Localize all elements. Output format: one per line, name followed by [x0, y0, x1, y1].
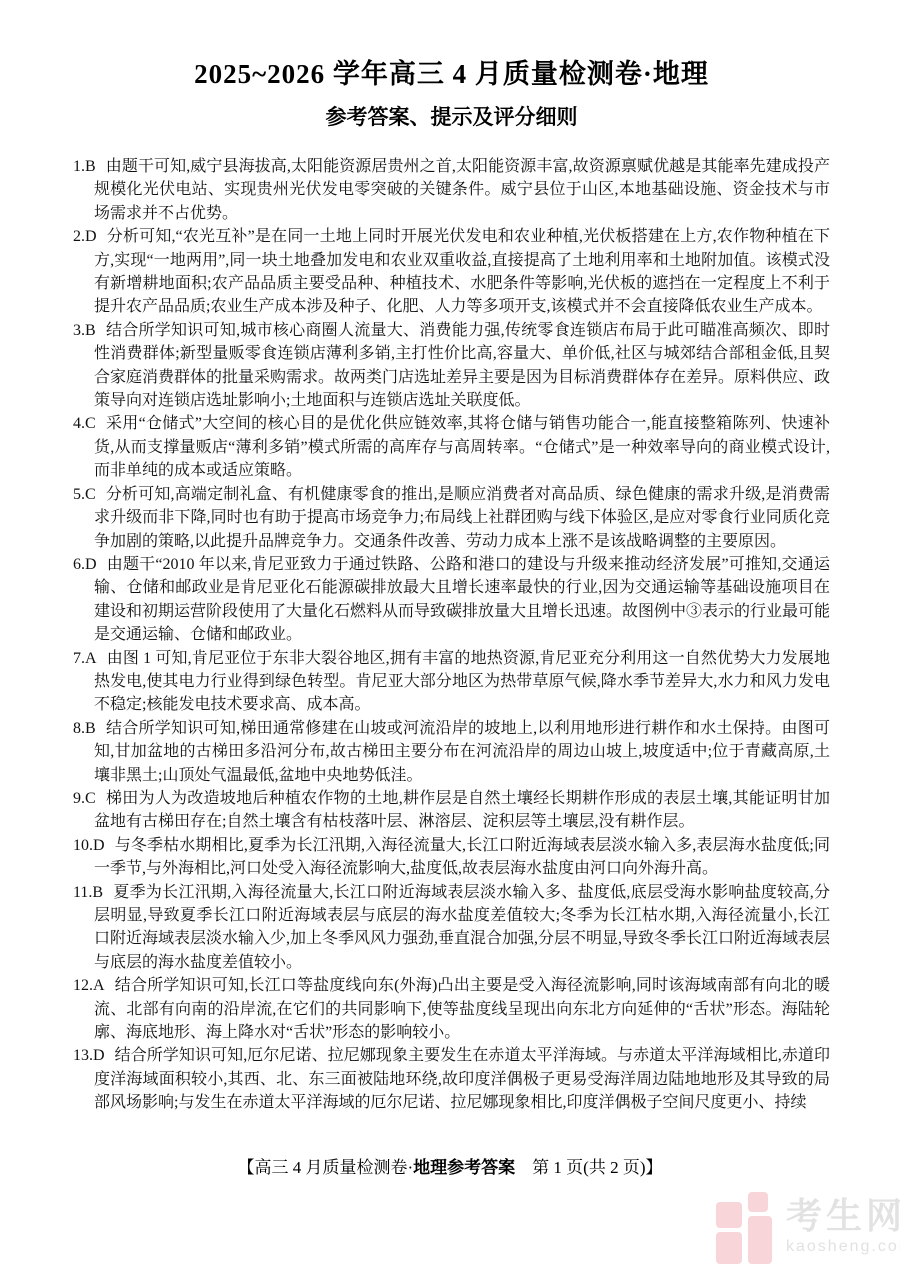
watermark-text: 考生网 kaosheng.com: [786, 1198, 900, 1255]
answer-item-10: 10.D与冬季枯水期相比,夏季为长江汛期,入海径流量大,长江口附近海域表层淡水输…: [73, 834, 830, 881]
answer-item-7: 7.A由图 1 可知,肯尼亚位于东非大裂谷地区,拥有丰富的地热资源,肯尼亚充分利…: [73, 647, 830, 717]
answer-label: 3.B: [73, 322, 106, 339]
answer-text: 采用“仓储式”大空间的核心目的是优化供应链效率,其将仓储与销售功能合一,能直接整…: [94, 415, 830, 479]
answer-text: 结合所学知识可知,梯田通常修建在山坡或河流沿岸的坡地上,以利用地形进行耕作和水土…: [94, 720, 830, 784]
page-title: 2025~2026 学年高三 4 月质量检测卷·地理: [73, 52, 830, 91]
page-subtitle: 参考答案、提示及评分细则: [73, 101, 830, 131]
answer-text: 由图 1 可知,肯尼亚位于东非大裂谷地区,拥有丰富的地热资源,肯尼亚充分利用这一…: [94, 650, 830, 714]
footer-prefix: 【高三 4 月质量检测卷·: [238, 1158, 414, 1177]
watermark-site-name: 考生网: [786, 1198, 900, 1234]
answer-item-13: 13.D结合所学知识可知,厄尔尼诺、拉尼娜现象主要发生在赤道太平洋海域。与赤道太…: [73, 1044, 830, 1114]
answer-text: 夏季为长江汛期,入海径流量大,长江口附近海域表层淡水输入多、盐度低,底层受海水影…: [94, 884, 830, 971]
answer-text: 与冬季枯水期相比,夏季为长江汛期,入海径流量大,长江口附近海域表层淡水输入多,表…: [94, 837, 830, 877]
answer-item-4: 4.C采用“仓储式”大空间的核心目的是优化供应链效率,其将仓储与销售功能合一,能…: [73, 412, 830, 482]
page-footer: 【高三 4 月质量检测卷·地理参考答案 第 1 页(共 2 页)】: [0, 1153, 900, 1178]
answer-label: 6.D: [73, 556, 107, 573]
kaosheng-watermark: 考生网 kaosheng.com: [716, 1192, 891, 1267]
answer-text: 分析可知,高端定制礼盒、有机健康零食的推出,是顺应消费者对高品质、绿色健康的需求…: [94, 486, 830, 550]
answer-item-5: 5.C分析可知,高端定制礼盒、有机健康零食的推出,是顺应消费者对高品质、绿色健康…: [73, 483, 830, 553]
answer-text: 分析可知,“农光互补”是在同一土地上同时开展光伏发电和农业种植,光伏板搭建在上方…: [94, 228, 830, 315]
answer-text: 结合所学知识可知,长江口等盐度线向东(外海)凸出主要是受入海径流影响,同时该海域…: [94, 977, 830, 1041]
answer-label: 8.B: [73, 720, 106, 737]
page-content: 2025~2026 学年高三 4 月质量检测卷·地理 参考答案、提示及评分细则 …: [0, 0, 900, 1115]
footer-subject: 地理参考答案: [413, 1158, 515, 1177]
answer-text: 由题干可知,威宁县海拔高,太阳能资源居贵州之首,太阳能资源丰富,故资源禀赋优越是…: [94, 158, 830, 222]
answer-item-8: 8.B结合所学知识可知,梯田通常修建在山坡或河流沿岸的坡地上,以利用地形进行耕作…: [73, 717, 830, 787]
answer-text: 梯田为人为改造坡地后种植农作物的土地,耕作层是自然土壤经长期耕作形成的表层土壤,…: [94, 790, 830, 830]
answer-label: 4.C: [73, 415, 106, 432]
answer-item-9: 9.C梯田为人为改造坡地后种植农作物的土地,耕作层是自然土壤经长期耕作形成的表层…: [73, 787, 830, 834]
answer-label: 13.D: [73, 1047, 115, 1064]
answer-item-6: 6.D由题干“2010 年以来,肯尼亚致力于通过铁路、公路和港口的建设与升级来推…: [73, 553, 830, 647]
answer-sheet-page: 2025~2026 学年高三 4 月质量检测卷·地理 参考答案、提示及评分细则 …: [0, 0, 900, 1273]
answer-label: 7.A: [73, 650, 107, 667]
answer-item-3: 3.B结合所学知识可知,城市核心商圈人流量大、消费能力强,传统零食连锁店布局于此…: [73, 319, 830, 413]
watermark-site-domain: kaosheng.com: [786, 1239, 900, 1255]
answer-text: 由题干“2010 年以来,肯尼亚致力于通过铁路、公路和港口的建设与升级来推动经济…: [94, 556, 830, 643]
answer-text: 结合所学知识可知,城市核心商圈人流量大、消费能力强,传统零食连锁店布局于此可瞄准…: [94, 322, 830, 409]
answer-item-12: 12.A结合所学知识可知,长江口等盐度线向东(外海)凸出主要是受入海径流影响,同…: [73, 974, 830, 1044]
answer-label: 5.C: [73, 486, 106, 503]
answer-label: 12.A: [73, 977, 115, 994]
answer-label: 9.C: [73, 790, 106, 807]
answer-label: 10.D: [73, 837, 115, 854]
answer-label: 1.B: [73, 158, 106, 175]
answer-item-11: 11.B夏季为长江汛期,入海径流量大,长江口附近海域表层淡水输入多、盐度低,底层…: [73, 881, 830, 975]
footer-page-number: 第 1 页(共 2 页)】: [515, 1158, 662, 1177]
answer-text: 结合所学知识可知,厄尔尼诺、拉尼娜现象主要发生在赤道太平洋海域。与赤道太平洋海域…: [94, 1047, 830, 1111]
answer-label: 11.B: [73, 884, 113, 901]
answer-item-2: 2.D分析可知,“农光互补”是在同一土地上同时开展光伏发电和农业种植,光伏板搭建…: [73, 225, 830, 319]
answer-label: 2.D: [73, 228, 107, 245]
answer-list: 1.B由题干可知,威宁县海拔高,太阳能资源居贵州之首,太阳能资源丰富,故资源禀赋…: [73, 155, 830, 1115]
answer-item-1: 1.B由题干可知,威宁县海拔高,太阳能资源居贵州之首,太阳能资源丰富,故资源禀赋…: [73, 155, 830, 225]
kaosheng-logo-icon: [716, 1192, 778, 1264]
